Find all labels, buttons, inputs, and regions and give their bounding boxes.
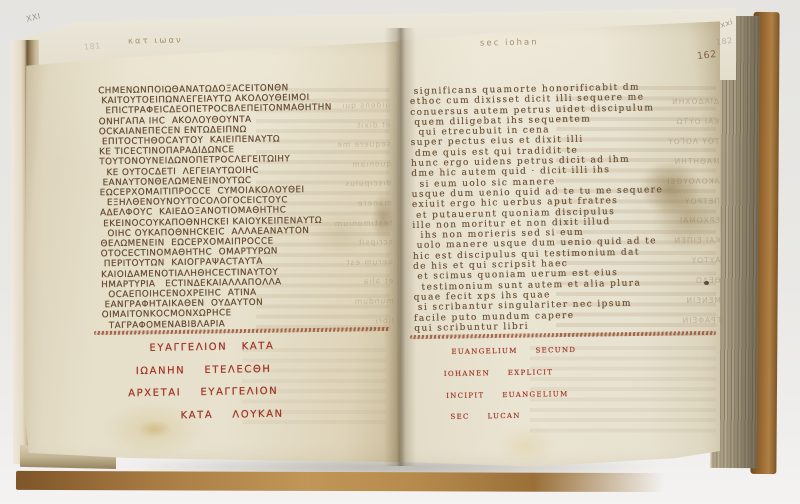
text-line: ΚΑΤΑ ΛΟΥΚΑΝ [180,404,284,428]
latin-text-block: significans quamorte honorificabit dmeth… [410,81,721,334]
text-line: ΑΡΧΕΤΑΙ ΕΥΑΓΓΕΛΙΟΝ [128,381,284,406]
running-title-right: sec iohan [480,37,539,48]
text-line: iohanen explicit [444,361,577,385]
running-title-left: κατ ιωαν [128,36,183,47]
text-line: sec lucan [450,404,577,428]
text-line: ΕΥΑΓΓΕΛΙΟΝ ΚΑΤΑ [149,336,283,361]
folio-number-right-ink: 162 [696,49,717,62]
text-line: euangelium secund [451,339,576,363]
wooden-board-bottom-edge [16,471,664,492]
greek-text-block: CΗΜΕΝΩΝΠΟΙΩΘΑΝΑΤΩΔΟΞΑCΕΙΤΟΝΘΝΚΑΙΤΟΥΤΟΕΙΠ… [98,82,394,331]
folio-number-left-faint: 181 [84,41,102,51]
text-line: ΙΩΑΝΗΝ ΕΤΕΛΕCΘΗ [136,358,284,383]
text-line: incipit euangelium [446,383,577,407]
latin-colophon-rubric: euangelium secundiohanen explicitincipit… [441,339,577,428]
manuscript-photo: uıdens quıet dıxıtsequere mequonıamdıscı… [0,0,800,504]
greek-colophon-rubric: ΕΥΑΓΓΕΛΙΟΝ ΚΑΤΑΙΩΑΝΗΝ ΕΤΕΛΕCΘΗΑΡΧΕΤΑΙ ΕΥ… [127,336,284,429]
quire-mark-left: XXI [25,11,42,23]
